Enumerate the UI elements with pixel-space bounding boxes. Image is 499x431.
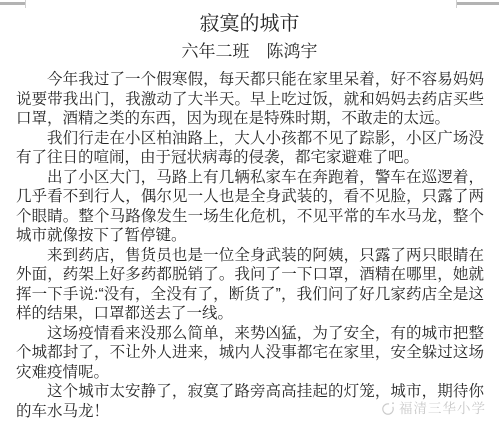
essay-paragraph: 这场疫情看来没那么简单，来势凶猛，为了安全，有的城市把整个城都封了，不让外人进来…	[16, 324, 484, 383]
essay-paragraph: 今年我过了一个假寒假，每天都只能在家里呆着，好不容易妈妈说要带我出门，我激动了大…	[16, 70, 484, 129]
school-logo-icon	[381, 401, 396, 416]
essay-paragraph: 出了小区大门，马路上有几辆私家车在奔跑着，警车在巡逻着，几乎看不到行人，偶尔见一…	[16, 168, 484, 246]
essay-byline: 六年二班 陈鸿宇	[0, 42, 499, 62]
essay-paragraph: 来到药店，售货员也是一位全身武装的阿姨，只露了两只眼睛在外面，药架上好多药都脱销…	[16, 246, 484, 324]
essay-title: 寂寞的城市	[0, 13, 499, 35]
watermark-label: 福清三华小学	[399, 401, 486, 416]
watermark: 福清三华小学	[381, 401, 486, 416]
corner-bar	[0, 2, 25, 5]
cropped-element-top-right	[456, 0, 499, 8]
article-page: 寂寞的城市 六年二班 陈鸿宇 今年我过了一个假寒假，每天都只能在家里呆着，好不容…	[0, 0, 499, 431]
cropped-element-top-left	[0, 0, 27, 8]
corner-bar	[457, 2, 499, 5]
corner-vline	[456, 0, 457, 8]
corner-vline	[25, 0, 26, 8]
essay-paragraph: 我们行走在小区柏油路上，大人小孩都不见了踪影，小区广场没有了往日的喧闹，由于冠状…	[16, 129, 484, 168]
essay-body: 今年我过了一个假寒假，每天都只能在家里呆着，好不容易妈妈说要带我出门，我激动了大…	[16, 70, 484, 421]
